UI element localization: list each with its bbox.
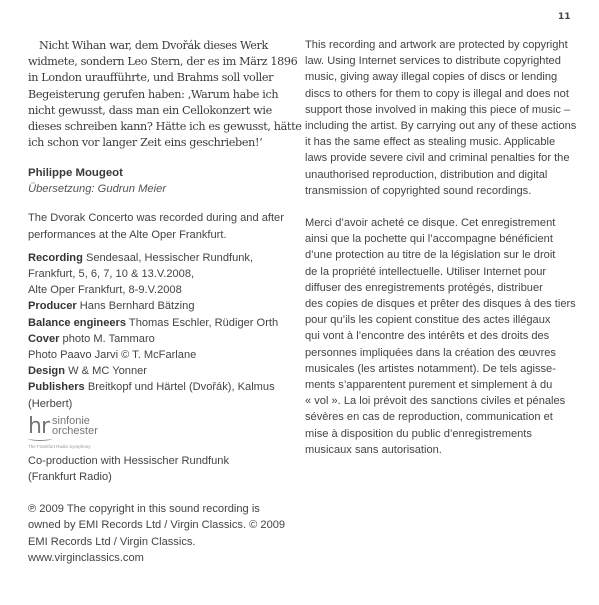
- website-link: www.virginclassics.com: [28, 550, 298, 566]
- text-line: The Dvorak Concerto was recorded during …: [28, 210, 298, 226]
- text-line: ments s’apparentent purement et simpleme…: [305, 377, 585, 393]
- text-line: including the artist. By carrying out an…: [305, 118, 585, 134]
- text-line: ℗ 2009 The copyright in this sound recor…: [28, 501, 298, 517]
- translator-credit: Übersetzung: Gudrun Meier: [28, 181, 298, 197]
- text-line: diffuser des enregistrements protégés, d…: [305, 280, 585, 296]
- page-number: 11: [558, 12, 571, 22]
- text-line: pour qu’ils les copient constitue des ac…: [305, 312, 585, 328]
- credit-label: Recording: [28, 252, 83, 264]
- text-line: ich schon vor langer Zeit eins geschrieb…: [28, 135, 298, 151]
- text-line: support those involved in making this pi…: [305, 102, 585, 118]
- credit-value: Hans Bernhard Bätzing: [77, 300, 195, 312]
- text-line: (Frankfurt Radio): [28, 469, 298, 485]
- logo-swoosh-icon: [28, 436, 52, 441]
- credit-value: W & MC Yonner: [65, 365, 147, 377]
- text-line: This recording and artwork are protected…: [305, 37, 585, 53]
- credit-label: Producer: [28, 300, 77, 312]
- left-column: Nicht Wihan war, dem Dvořák dieses Werk …: [28, 38, 298, 566]
- text-line: d’une protection au titre de la législat…: [305, 247, 585, 263]
- text-line: dieses schreiben kann? Hätte ich es gewu…: [28, 119, 298, 135]
- text-line: Merci d’avoir acheté ce disque. Cet enre…: [305, 215, 585, 231]
- text-line: qui vont à l’encontre des intérêts et de…: [305, 328, 585, 344]
- credit-label: Balance engineers: [28, 317, 126, 329]
- text-line: ainsi que la pochette qui l’accompagne b…: [305, 231, 585, 247]
- text-line: EMI Records Ltd / Virgin Classics.: [28, 534, 298, 550]
- text-line: transmission of copyrighted sound record…: [305, 183, 585, 199]
- text-line: widmete, sondern Leo Stern, der es im Mä…: [28, 54, 298, 70]
- text-line: Alte Oper Frankfurt, 8-9.V.2008: [28, 282, 298, 298]
- text-line: mise à disposition du public d’enregistr…: [305, 426, 585, 442]
- text-line: musicales (les artistes notamment). De t…: [305, 361, 585, 377]
- credit-cover: Cover photo M. Tammaro: [28, 331, 298, 347]
- french-copyright-notice: Merci d’avoir acheté ce disque. Cet enre…: [305, 215, 585, 458]
- text-line: Begeisterung gerufen haben: ‚Warum habe …: [28, 87, 298, 103]
- author-name: Philippe Mougeot: [28, 165, 298, 181]
- credit-value: Thomas Eschler, Rüdiger Orth: [126, 317, 278, 329]
- text-line: law. Using Internet services to distribu…: [305, 53, 585, 69]
- english-copyright-notice: This recording and artwork are protected…: [305, 37, 585, 199]
- credit-value: photo M. Tammaro: [59, 333, 154, 345]
- text-line: (Herbert): [28, 396, 298, 412]
- credit-balance-engineers: Balance engineers Thomas Eschler, Rüdige…: [28, 315, 298, 331]
- text-line: musicaux sans autorisation.: [305, 442, 585, 458]
- text-line: discs to others for them to copy is ille…: [305, 86, 585, 102]
- credit-producer: Producer Hans Bernhard Bätzing: [28, 298, 298, 314]
- coproduction-note: Co-production with Hessischer Rundfunk (…: [28, 453, 298, 485]
- logo-wordmark: sinfonie orchester: [52, 416, 98, 437]
- credit-publishers: Publishers Breitkopf und Härtel (Dvořák)…: [28, 379, 298, 395]
- text-line: Co-production with Hessischer Rundfunk: [28, 453, 298, 469]
- logo-mark: hr: [28, 416, 49, 438]
- text-line: de la propriété intellectuelle. Utiliser…: [305, 264, 585, 280]
- text-line: personnes impliquées dans la création de…: [305, 345, 585, 361]
- text-line: owned by EMI Records Ltd / Virgin Classi…: [28, 517, 298, 533]
- text-line: music, giving away illegal copies of dis…: [305, 69, 585, 85]
- recording-note: The Dvorak Concerto was recorded during …: [28, 210, 298, 242]
- text-line: nicht gewusst, dass man ein Cellokonzert…: [28, 103, 298, 119]
- text-line: performances at the Alte Oper Frankfurt.: [28, 227, 298, 243]
- right-column: This recording and artwork are protected…: [305, 37, 585, 458]
- text-line: Frankfurt, 5, 6, 7, 10 & 13.V.2008,: [28, 266, 298, 282]
- text-line: unauthorised reproduction, distribution …: [305, 167, 585, 183]
- text-line: in London uraufführte, und Brahms soll v…: [28, 70, 298, 86]
- german-paragraph: Nicht Wihan war, dem Dvořák dieses Werk …: [28, 38, 298, 151]
- text-line: sévères en cas de reproduction, communic…: [305, 409, 585, 425]
- credits-list: Recording Sendesaal, Hessischer Rundfunk…: [28, 250, 298, 412]
- credit-label: Cover: [28, 333, 59, 345]
- credit-value: Breitkopf und Härtel (Dvořák), Kalmus: [85, 381, 275, 393]
- hr-sinfonieorchester-logo: hr sinfonie orchester The Frankfurt Radi…: [28, 415, 138, 451]
- logo-line: orchester: [52, 426, 98, 437]
- credit-value: Sendesaal, Hessischer Rundfunk,: [83, 252, 253, 264]
- copyright-notice: ℗ 2009 The copyright in this sound recor…: [28, 501, 298, 566]
- text-line: des copies de disques et prêter des disq…: [305, 296, 585, 312]
- credit-label: Design: [28, 365, 65, 377]
- text-line: laws provide severe civil and criminal p…: [305, 150, 585, 166]
- credit-photo: Photo Paavo Jarvi © T. McFarlane: [28, 347, 298, 363]
- credit-label: Publishers: [28, 381, 85, 393]
- credit-design: Design W & MC Yonner: [28, 363, 298, 379]
- text-line: « vol ». La loi prévoit des sanctions ci…: [305, 393, 585, 409]
- credit-recording: Recording Sendesaal, Hessischer Rundfunk…: [28, 250, 298, 266]
- text-line: Nicht Wihan war, dem Dvořák dieses Werk: [28, 38, 298, 54]
- text-line: it has the same effect as stealing music…: [305, 134, 585, 150]
- logo-subtitle: The Frankfurt Radio Symphony: [28, 444, 91, 449]
